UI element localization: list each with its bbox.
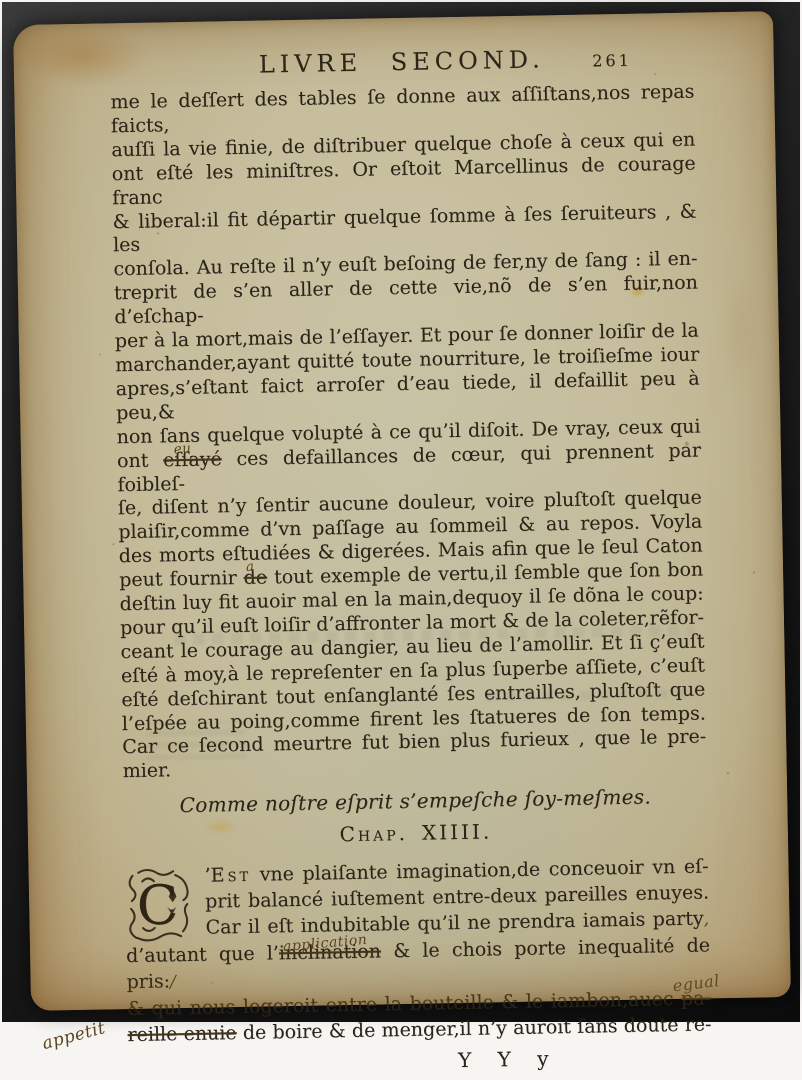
struck-word: dea [243, 567, 267, 589]
smallcaps-word: Est [210, 864, 251, 887]
line-text: treprit de s’en aller de cette vie,nõ de… [114, 272, 698, 329]
handwritten-margin-note: appetit [39, 1015, 108, 1024]
main-text-block: me le deſſert des tables ſe donne aux aſ… [110, 81, 707, 785]
struck-word: eſſayéeu [163, 448, 222, 471]
line-text: peut fournir [119, 567, 244, 591]
stain [718, 271, 760, 392]
handwritten-mark: , [703, 910, 709, 930]
handwritten-correction: egual [671, 968, 721, 1000]
chapter-title: Comme noſtre eſprit s’empeſche ſoy-meſme… [123, 784, 707, 819]
struck-word: inclinationapplication [279, 941, 381, 965]
chapter-heading: Comme noſtre eſprit s’empeſche ſoy-meſme… [123, 784, 708, 851]
line-text: d’autant que l’ [126, 943, 279, 968]
handwritten-mark: ∕ [170, 972, 177, 992]
chap-roman-numeral: XIIII. [422, 820, 493, 845]
struck-word: pa-egual [681, 988, 711, 1011]
line-text: ont [117, 449, 163, 472]
chapter-number: Chap.XIIII. [124, 816, 708, 851]
chap-abbrev: Chap. [339, 821, 408, 846]
line-text: me le deſſert des tables ſe donne aux aſ… [110, 81, 694, 138]
line-text: & liberal:il fit départir quelque ſomme … [112, 200, 696, 257]
line-text: apres,s’eſtant faict arroſer d’eau tiede… [116, 367, 700, 424]
line-text: ont eſté les miniſtres. Or eſtoit Marcel… [112, 152, 696, 209]
page-number: 261 [592, 51, 632, 71]
paper-specks [13, 25, 15, 27]
handwritten-correction: eu [172, 437, 192, 463]
photo-backdrop: LIVRE SECOND. 261 me le deſſert des tabl… [0, 0, 802, 1024]
page-content: LIVRE SECOND. 261 me le deſſert des tabl… [110, 43, 713, 1024]
line-text: mier. [123, 760, 172, 783]
chapter-text-block: C ’Est vne plaiſante imagination,de conc… [124, 854, 711, 1024]
book-page: LIVRE SECOND. 261 me le deſſert des tabl… [13, 11, 791, 1011]
